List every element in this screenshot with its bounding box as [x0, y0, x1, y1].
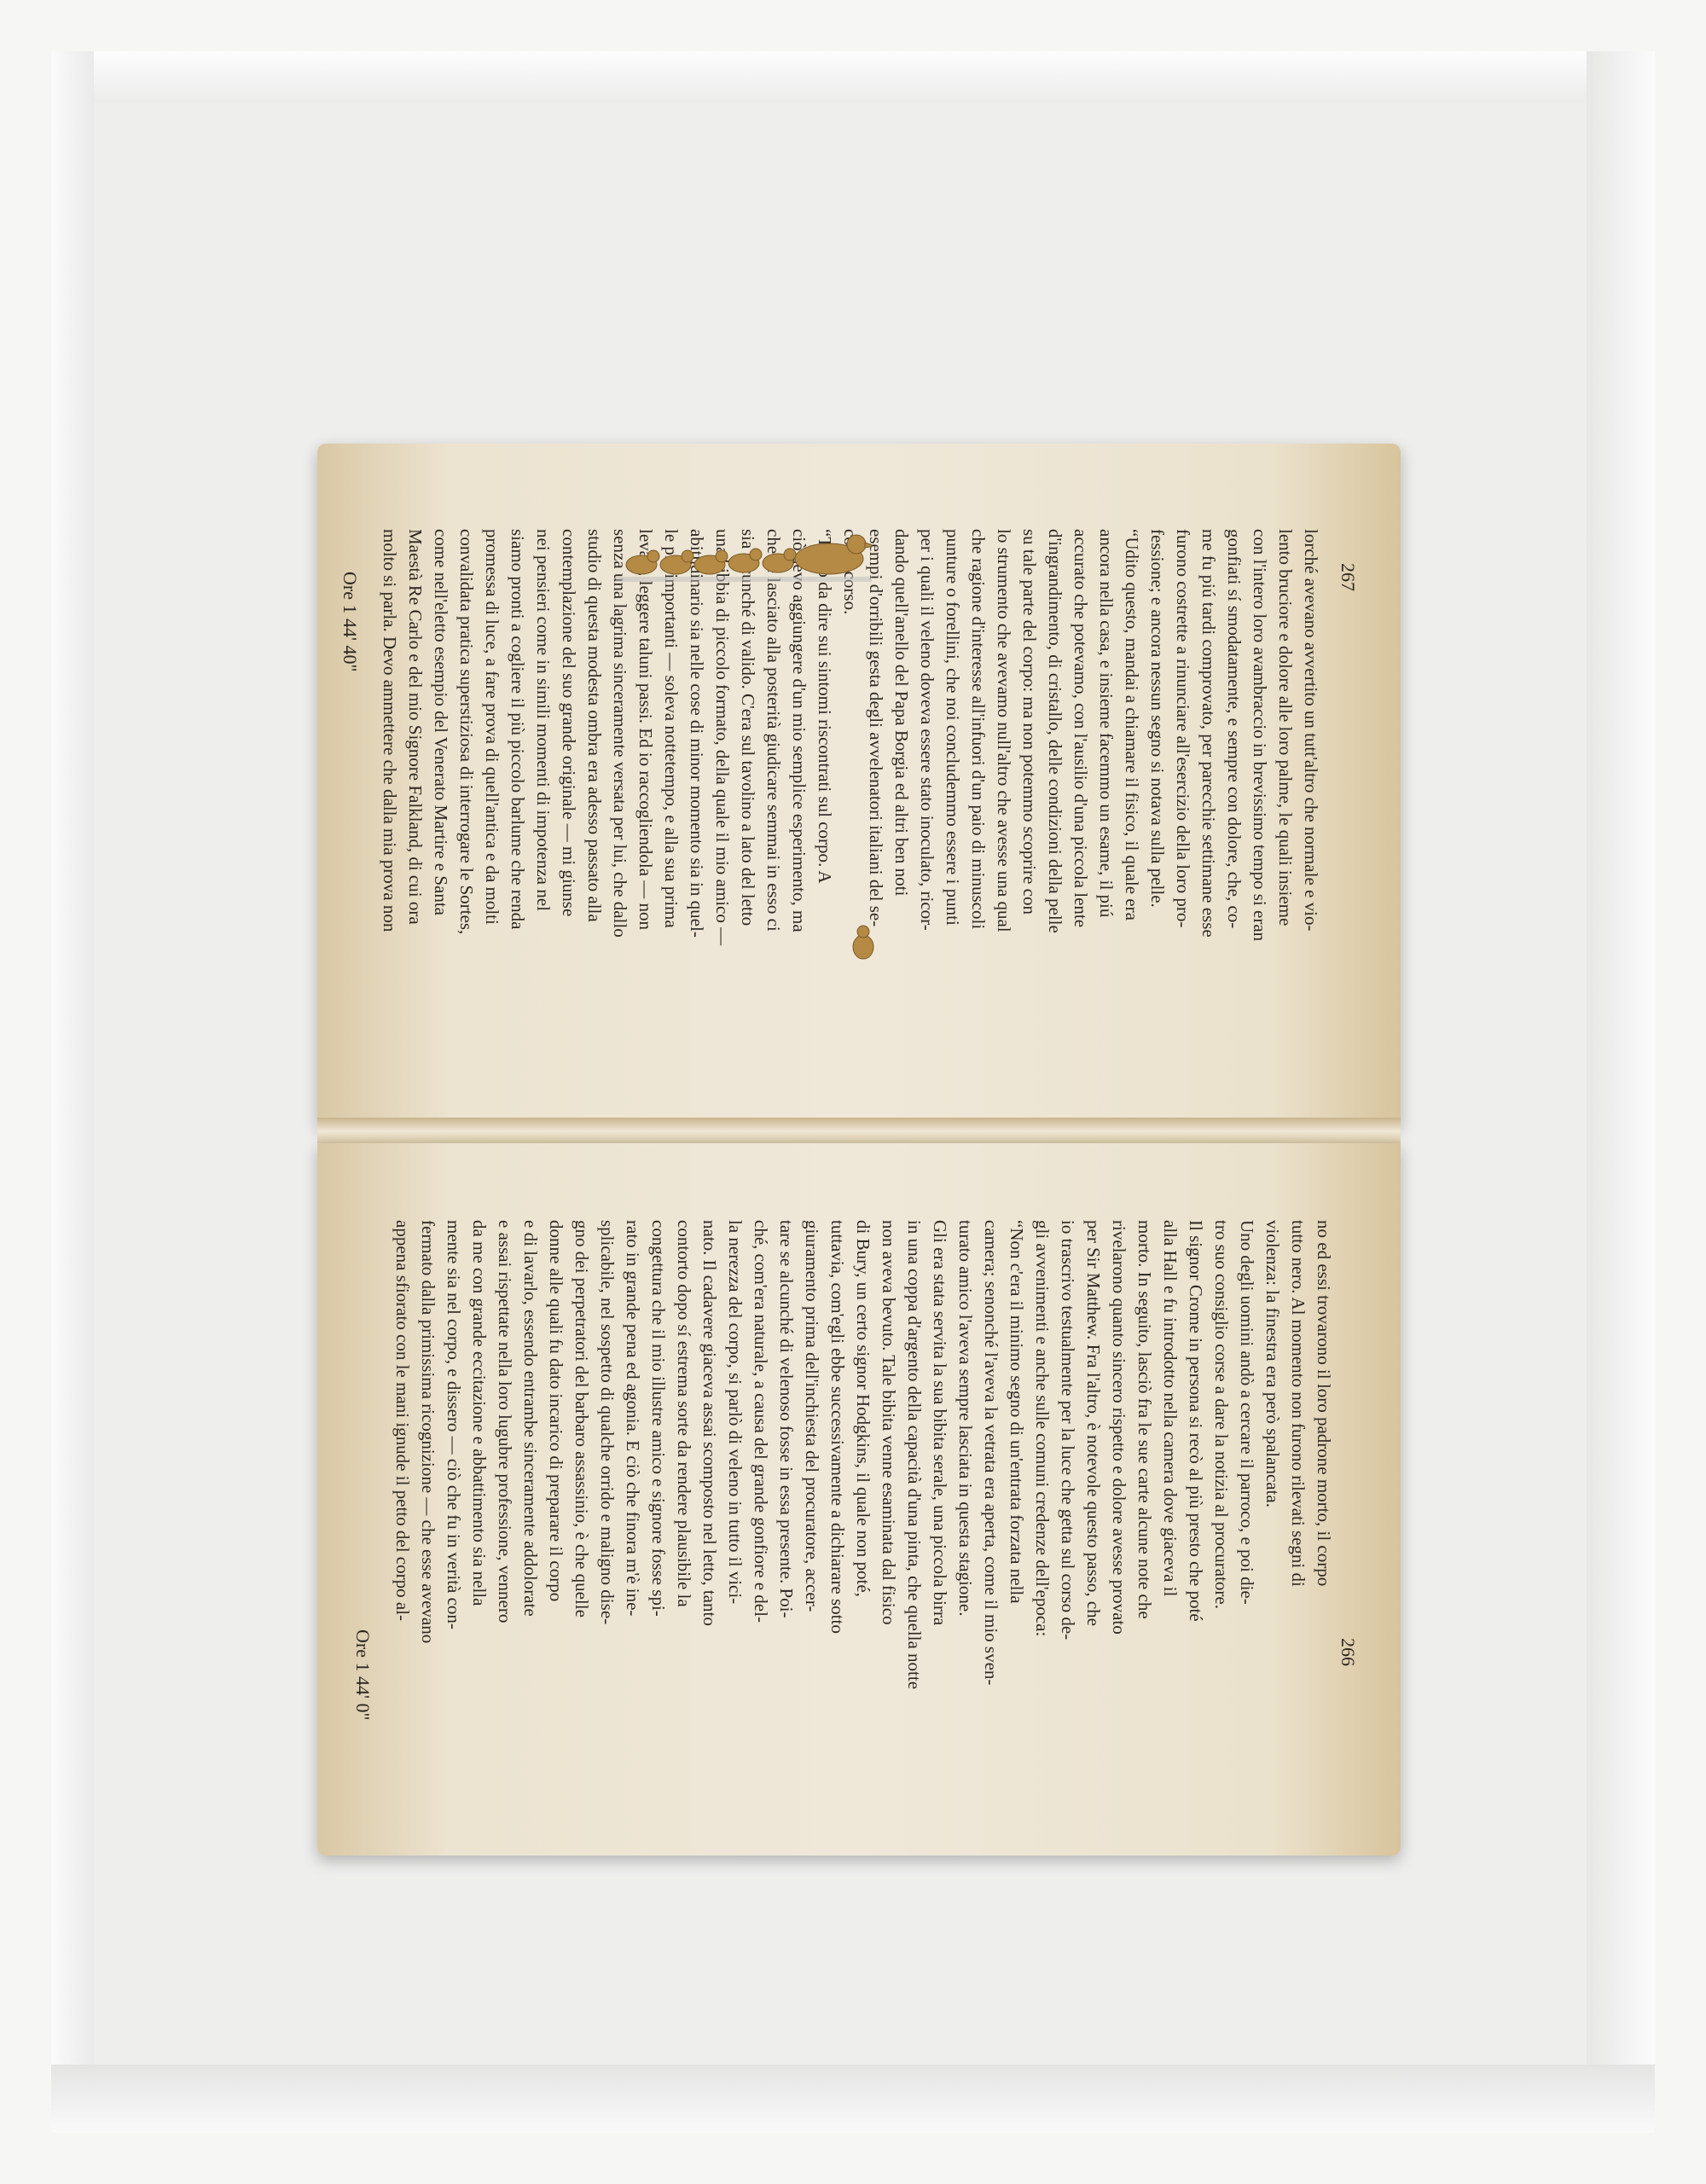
frame-bevel-bottom — [51, 2065, 1655, 2133]
text-line: gonfiati sí smodatamente, e sempre con d… — [1221, 529, 1247, 1032]
text-line: in una coppa d'argento della capacità d'… — [902, 1220, 927, 1723]
text-line: non aveva bevuto. Tale bibita venne esam… — [876, 1220, 902, 1723]
ducks-illustration — [616, 520, 872, 589]
text-line: come nell'eletto esempio del Venerato Ma… — [428, 529, 454, 1032]
text-line: contemplazione del suo grande originale … — [556, 529, 582, 1032]
text-line: levata, leggere taluni passi. Ed io racc… — [633, 529, 659, 1032]
text-line: lorché avevano avvertito un tutt'altro c… — [1298, 529, 1324, 1032]
text-line: lo strumento che avevamo null'altro che … — [991, 529, 1017, 1032]
text-line: tro suo consiglio corse a dare la notizi… — [1209, 1220, 1234, 1723]
text-line: no ed essi trovarono il loro padrone mor… — [1311, 1220, 1337, 1723]
text-line: donne alle quali fu dato incarico di pre… — [543, 1220, 569, 1723]
frame-bevel-right — [1587, 51, 1655, 2133]
text-line: accurato che potevamo, con l'ausilio d'u… — [1068, 529, 1094, 1032]
text-line: sia alcunché di valido. C'era sul tavoli… — [735, 529, 761, 1032]
text-line: gli avvenimenti e anche sulle comuni cre… — [1030, 1220, 1055, 1723]
text-line: e di lavarlo, essendo entrambe sincerame… — [518, 1220, 543, 1723]
text-line: furono costrette a rinunciare all'eserci… — [1170, 529, 1196, 1032]
text-line: per Sir Matthew. Fra l'altro, è notevole… — [1081, 1220, 1106, 1723]
text-line: ché, com'era naturale, a causa del grand… — [748, 1220, 774, 1723]
text-line: ancora nella casa, e insieme facemmo un … — [1094, 529, 1119, 1032]
text-line: nei pensieri come in simili momenti di i… — [531, 529, 556, 1032]
text-line: abitudinario sia nelle cose di minor mom… — [684, 529, 710, 1032]
text-line: alla Hall e fu introdotto nella camera d… — [1158, 1220, 1183, 1723]
open-book: Ore 1 44' 40" lorché avevano avvertito u… — [317, 444, 1401, 1856]
text-line: Uno degli uomini andò a cercare il parro… — [1234, 1220, 1260, 1723]
text-line: su tale parte del corpo: ma non potemmo … — [1017, 529, 1042, 1032]
text-line: giuramento prima dell'inchiesta del proc… — [799, 1220, 825, 1723]
text-line: Maestà Re Carlo e del mio Signore Falkla… — [403, 529, 428, 1032]
text-line: fermato dalla primissima ricognizione — … — [415, 1220, 441, 1723]
text-line: Il signor Crome in persona si recò al pi… — [1183, 1220, 1209, 1723]
text-line: una bibbia di piccolo formato, della qua… — [710, 529, 735, 1032]
text-line: congettura che il mio illustre amico e s… — [646, 1220, 671, 1723]
page-body-text: no ed essi trovarono il loro padrone mor… — [390, 1220, 1337, 1723]
text-line: gno dei perpetratori del barbaro assassi… — [569, 1220, 595, 1723]
page-number: 266 — [1337, 1638, 1359, 1666]
text-line: d'ingrandimento, di cristallo, delle con… — [1042, 529, 1068, 1032]
running-header: Ore 1 44' 40" — [339, 572, 361, 671]
text-line: convalidata pratica superstiziosa di int… — [454, 529, 479, 1032]
text-line: tuttavia, com'egli ebbe successivamente … — [825, 1220, 850, 1723]
text-line: promessa di luce, a fare prova di quell'… — [479, 529, 505, 1032]
text-line: io trascrivo testualmente per la luce ch… — [1055, 1220, 1081, 1723]
text-line: rato in grande pena ed agonia. E ciò che… — [620, 1220, 646, 1723]
text-line: fessione; e ancora nessun segno si notav… — [1145, 529, 1170, 1032]
text-line: mente sia nel corpo, e dissero — ciò che… — [441, 1220, 467, 1723]
text-line: turato amico l'aveva sempre lasciata in … — [953, 1220, 978, 1723]
text-line: di Bury, un certo signor Hodgkins, il qu… — [850, 1220, 876, 1723]
text-line: appena sfiorato con le mani ignude il pe… — [390, 1220, 415, 1723]
text-line: lento bruciore e dolore alle loro palme,… — [1273, 529, 1298, 1032]
text-line: splicabile, nel sospetto di qualche orri… — [595, 1220, 620, 1723]
text-line: “Tanto da dire sui sintomi riscontrati s… — [812, 529, 838, 1032]
text-line: morto. In seguito, lasciò fra le sue car… — [1132, 1220, 1158, 1723]
stray-duckling-illustration — [846, 921, 880, 964]
text-line: tutto nero. Al momento non furono rileva… — [1285, 1220, 1311, 1723]
text-line: da me con grande eccitazione e abbattime… — [467, 1220, 492, 1723]
text-line: con l'intero loro avambraccio in breviss… — [1247, 529, 1273, 1032]
text-line: “Udito questo, mandai a chiamare il fisi… — [1119, 529, 1145, 1032]
running-header: Ore 1 44' 0" — [351, 1629, 374, 1720]
text-line: camera; senonché l'aveva la vetrata era … — [978, 1220, 1004, 1723]
text-line: ciò devo aggiungere d'un mio semplice es… — [786, 529, 812, 1032]
text-line: molto si parla. Devo ammettere che dalla… — [377, 529, 403, 1032]
text-line: violenza: la finestra era però spalancat… — [1260, 1220, 1285, 1723]
text-line: per i quali il veleno doveva essere stat… — [914, 529, 940, 1032]
text-line: rivelarono quanto sincero rispetto e dol… — [1106, 1220, 1132, 1723]
frame-bevel-top — [51, 51, 1655, 102]
text-line: contorto dopo sí estrema sorte da render… — [671, 1220, 697, 1723]
page-266: Ore 1 44' 0" no ed essi trovarono il lor… — [317, 1143, 1401, 1856]
text-line: punture o forellini, che noi concludemmo… — [940, 529, 966, 1032]
text-line: che se lasciato alla posterità giudicare… — [761, 529, 786, 1032]
text-line: Gli era stata servita la sua bibita sera… — [927, 1220, 953, 1723]
text-line: “Non c'era il minimo segno di un'entrata… — [1004, 1220, 1030, 1723]
text-line: studio di questa modesta ombra era adess… — [582, 529, 607, 1032]
text-line: senza una lagrima sinceramente versata p… — [607, 529, 633, 1032]
text-line: siamo pronti a cogliere il più piccolo b… — [505, 529, 531, 1032]
page-number: 267 — [1337, 563, 1359, 591]
text-line: che ragione d'interesse all'infuori d'un… — [966, 529, 991, 1032]
text-line: la nerezza del corpo, si parlò di veleno… — [722, 1220, 748, 1723]
text-line: nato. Il cadavere giaceva assai scompost… — [697, 1220, 722, 1723]
text-line: me fu piú tardi comprovato, per parecchi… — [1196, 529, 1221, 1032]
text-line: dando quell'anello del Papa Borgia ed al… — [889, 529, 914, 1032]
text-line: le più importanti — soleva nottetempo, e… — [659, 529, 684, 1032]
frame-bevel-left — [51, 51, 94, 2133]
text-line: e assai rispettate nella loro lugubre pr… — [492, 1220, 518, 1723]
text-line: tare se alcunché di velenoso fosse in es… — [774, 1220, 799, 1723]
